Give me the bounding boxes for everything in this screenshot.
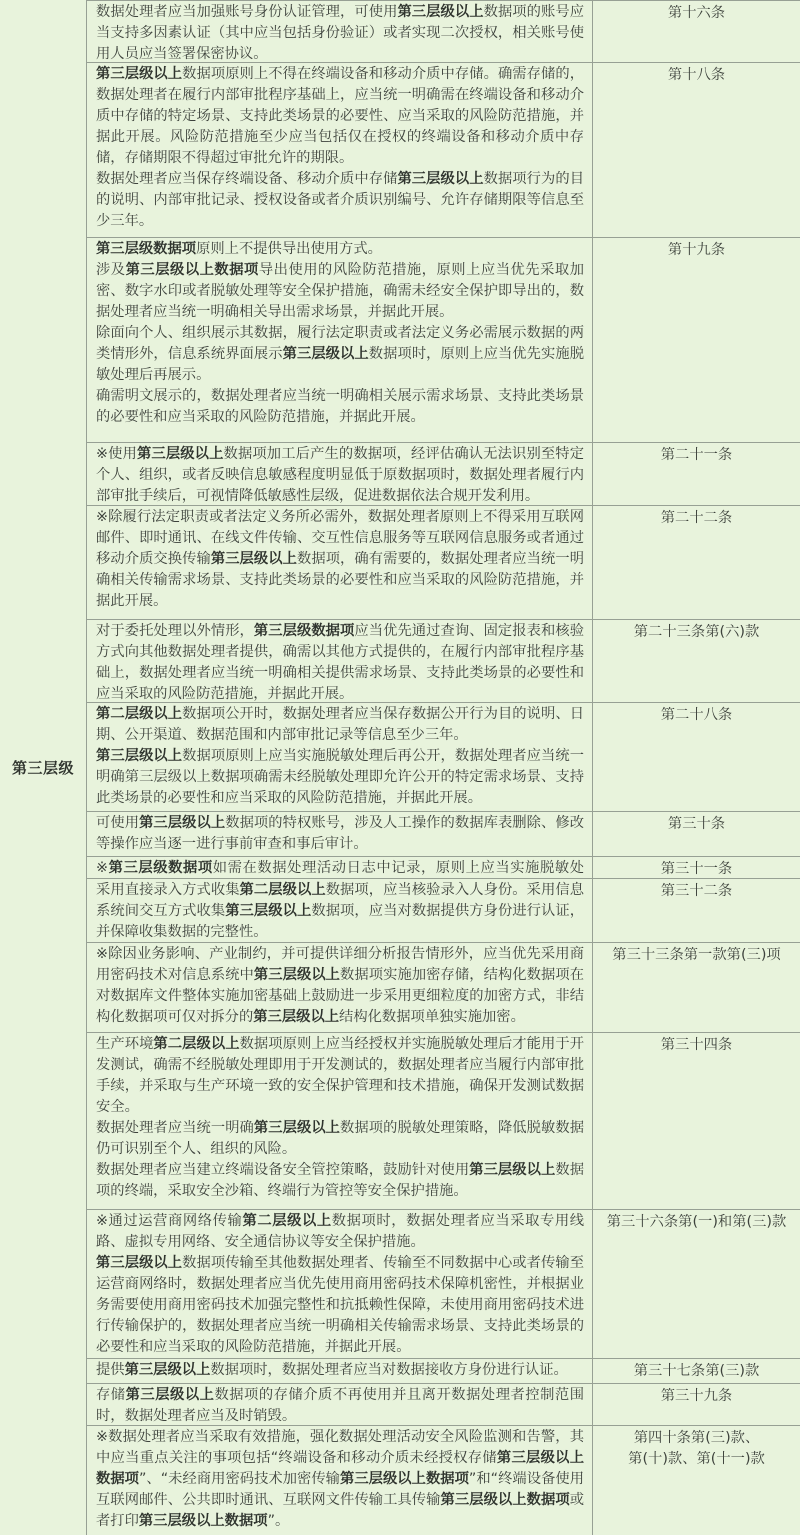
article-ref-cell: 第二十二条 (593, 506, 800, 619)
emphasized-term: 第二层级以上 (240, 882, 326, 898)
table-row: 第二层级以上数据项公开时，数据处理者应当保存数据公开行为目的说明、日期、公开渠道… (87, 703, 800, 812)
emphasized-term: 第三层级以上 (96, 66, 182, 82)
rule-text: 数据处理者应当加强账号身份认证管理，可使用 (96, 4, 397, 20)
rule-paragraph: 数据处理者应当统一明确第三层级以上数据项的脱敏处理策略，降低脱敏数据仍可识别至个… (96, 1118, 584, 1160)
article-ref-cell: 第二十八条 (593, 703, 800, 811)
rule-paragraph: 第三层级以上数据项原则上不得在终端设备和移动介质中存储。确需存储的，数据处理者在… (96, 64, 584, 169)
level-column: 第三层级 (0, 0, 87, 1535)
article-ref-cell: 第二十三条第(六)款 (593, 620, 800, 702)
emphasized-term: 第三层级以上数据项 (126, 262, 259, 278)
rule-text: ”。 (268, 1513, 290, 1529)
rule-paragraph: ※通过运营商网络传输第二层级以上数据项时，数据处理者应当采取专用线路、虚拟专用网… (96, 1211, 584, 1253)
rule-paragraph: 第三层级以上数据项原则上应当实施脱敏处理后再公开，数据处理者应当统一明确第三层级… (96, 746, 584, 809)
rule-text: ”、“未经商用密码技术加密传输 (139, 1471, 340, 1487)
rule-text-cell: 可使用第三层级以上数据项的特权账号，涉及人工操作的数据库表删除、修改等操作应当逐… (87, 812, 593, 856)
rule-paragraph: 除面向个人、组织展示其数据，履行法定职责或者法定义务必需展示数据的两类情形外，信… (96, 323, 584, 386)
table-row: 存储第三层级以上数据项的存储介质不再使用并且离开数据处理者控制范围时，数据处理者… (87, 1384, 800, 1426)
emphasized-term: 第三层级以上数据项 (139, 1513, 268, 1529)
emphasized-term: 第三层级以上 (397, 171, 483, 187)
emphasized-term: 第二层级以上 (96, 706, 182, 722)
emphasized-term: 第三层级以上 (126, 1387, 215, 1403)
rule-text-cell: 对于委托处理以外情形，第三层级数据项应当优先通过查询、固定报表和核验方式向其他数… (87, 620, 593, 702)
article-ref-cell: 第三十六条第(一)和第(三)款 (593, 1210, 800, 1358)
table-row: 采用直接录入方式收集第二层级以上数据项，应当核验录入人身份。采用信息系统间交互方… (87, 879, 800, 943)
rule-text-cell: 存储第三层级以上数据项的存储介质不再使用并且离开数据处理者控制范围时，数据处理者… (87, 1384, 593, 1425)
rule-paragraph: 第三层级以上数据项传输至其他数据处理者、传输至不同数据中心或者传输至运营商网络时… (96, 1253, 584, 1358)
rule-text-cell: ※除履行法定职责或者法定义务所必需外，数据处理者原则上不得采用互联网邮件、即时通… (87, 506, 593, 619)
emphasized-term: 第三层级数据项 (254, 623, 354, 639)
emphasized-term: 第三层级以上 (253, 1009, 339, 1025)
rule-text: ※通过运营商网络传输 (96, 1213, 242, 1229)
rule-text-cell: ※除因业务影响、产业制约，并可提供详细分析报告情形外，应当优先采用商用密码技术对… (87, 943, 593, 1032)
rule-text: ※使用 (96, 446, 137, 462)
emphasized-term: 第三层级以上 (139, 815, 225, 831)
article-ref-cell: 第三十一条 (593, 857, 800, 878)
emphasized-term: 第三层级以上 (469, 1162, 555, 1178)
emphasized-term: 第二层级以上 (242, 1213, 331, 1229)
rule-paragraph: ※除履行法定职责或者法定义务所必需外，数据处理者原则上不得采用互联网邮件、即时通… (96, 507, 584, 612)
table-row: 第三层级以上数据项原则上不得在终端设备和移动介质中存储。确需存储的，数据处理者在… (87, 63, 800, 238)
emphasized-term: 第三层级数据项 (109, 860, 213, 876)
rule-text-cell: 提供第三层级以上数据项时，数据处理者应当对数据接收方身份进行认证。 (87, 1359, 593, 1383)
rule-paragraph: 对于委托处理以外情形，第三层级数据项应当优先通过查询、固定报表和核验方式向其他数… (96, 621, 584, 702)
table-row: 生产环境第二层级以上数据项原则上应当经授权并实施脱敏处理后才能用于开发测试，确需… (87, 1033, 800, 1210)
article-ref-cell: 第三十九条 (593, 1384, 800, 1425)
table-row: 对于委托处理以外情形，第三层级数据项应当优先通过查询、固定报表和核验方式向其他数… (87, 620, 800, 703)
table-row: 数据处理者应当加强账号身份认证管理，可使用第三层级以上数据项的账号应当支持多因素… (87, 1, 800, 63)
rule-text: 原则上不提供导出使用方式。 (196, 241, 382, 257)
table-rows: 数据处理者应当加强账号身份认证管理，可使用第三层级以上数据项的账号应当支持多因素… (87, 0, 800, 1535)
table-row: ※除履行法定职责或者法定义务所必需外，数据处理者原则上不得采用互联网邮件、即时通… (87, 506, 800, 620)
table-row: ※使用第三层级以上数据项加工后产生的数据项，经评估确认无法识别至特定个人、组织，… (87, 443, 800, 506)
emphasized-term: 第三层级以上 (137, 446, 224, 462)
rule-text: 涉及 (96, 262, 126, 278)
rule-paragraph: 提供第三层级以上数据项时，数据处理者应当对数据接收方身份进行认证。 (96, 1360, 584, 1381)
article-ref-cell: 第十八条 (593, 63, 800, 237)
rule-paragraph: ※除因业务影响、产业制约，并可提供详细分析报告情形外，应当优先采用商用密码技术对… (96, 944, 584, 1028)
rule-paragraph: 涉及第三层级以上数据项导出使用的风险防范措施，原则上应当优先采取加密、数字水印或… (96, 260, 584, 323)
rule-paragraph: ※使用第三层级以上数据项加工后产生的数据项，经评估确认无法识别至特定个人、组织，… (96, 444, 584, 505)
data-protection-requirements-table: 第三层级 数据处理者应当加强账号身份认证管理，可使用第三层级以上数据项的账号应当… (0, 0, 800, 1535)
rule-text: 存储 (96, 1387, 126, 1403)
rule-paragraph: 确需明文展示的，数据处理者应当统一明确相关展示需求场景、支持此类场景的必要性和应… (96, 386, 584, 428)
rule-paragraph: 数据处理者应当保存终端设备、移动介质中存储第三层级以上数据项行为的目的说明、内部… (96, 169, 584, 232)
rule-paragraph: 第二层级以上数据项公开时，数据处理者应当保存数据公开行为目的说明、日期、公开渠道… (96, 704, 584, 746)
rule-text: 数据处理者应当建立终端设备安全管控策略，鼓励针对使用 (96, 1162, 469, 1178)
emphasized-term: 第三层级以上 (125, 1362, 211, 1378)
rule-text: 可使用 (96, 815, 139, 831)
rule-paragraph: 生产环境第二层级以上数据项原则上应当经授权并实施脱敏处理后才能用于开发测试，确需… (96, 1034, 584, 1118)
emphasized-term: 第三层级以上数据项 (340, 1471, 469, 1487)
article-ref-cell: 第二十一条 (593, 443, 800, 505)
rule-paragraph: 第三层级数据项原则上不提供导出使用方式。 (96, 239, 584, 260)
rule-text: 生产环境 (96, 1036, 153, 1052)
rule-text: 结构化数据项单独实施加密。 (339, 1009, 525, 1025)
rule-text: 提供 (96, 1362, 125, 1378)
table-row: 第三层级数据项原则上不提供导出使用方式。涉及第三层级以上数据项导出使用的风险防范… (87, 238, 800, 443)
emphasized-term: 第三层级以上 (225, 903, 311, 919)
article-ref-cell: 第十六条 (593, 1, 800, 62)
article-ref-cell: 第三十二条 (593, 879, 800, 942)
article-ref-cell: 第三十四条 (593, 1033, 800, 1209)
rule-text-cell: 第二层级以上数据项公开时，数据处理者应当保存数据公开行为目的说明、日期、公开渠道… (87, 703, 593, 811)
rule-text-cell: 生产环境第二层级以上数据项原则上应当经授权并实施脱敏处理后才能用于开发测试，确需… (87, 1033, 593, 1209)
emphasized-term: 第三层级以上 (254, 967, 340, 983)
article-ref-cell: 第三十三条第一款第(三)项 (593, 943, 800, 1032)
rule-paragraph: 数据处理者应当建立终端设备安全管控策略，鼓励针对使用第三层级以上数据项的终端，采… (96, 1160, 584, 1202)
emphasized-term: 第三层级以上 (96, 748, 182, 764)
rule-paragraph: 采用直接录入方式收集第二层级以上数据项，应当核验录入人身份。采用信息系统间交互方… (96, 880, 584, 942)
table-row: ※数据处理者应当采取有效措施，强化数据处理活动安全风险监测和告警，其中应当重点关… (87, 1426, 800, 1535)
table-row: ※除因业务影响、产业制约，并可提供详细分析报告情形外，应当优先采用商用密码技术对… (87, 943, 800, 1033)
rule-paragraph: 存储第三层级以上数据项的存储介质不再使用并且离开数据处理者控制范围时，数据处理者… (96, 1385, 584, 1425)
rule-text-cell: 采用直接录入方式收集第二层级以上数据项，应当核验录入人身份。采用信息系统间交互方… (87, 879, 593, 942)
article-ref-cell: 第三十条 (593, 812, 800, 856)
emphasized-term: 第三层级以上 (96, 1255, 182, 1271)
rule-paragraph: ※数据处理者应当采取有效措施，强化数据处理活动安全风险监测和告警，其中应当重点关… (96, 1427, 584, 1532)
rule-text: 数据项时，数据处理者应当对数据接收方身份进行认证。 (210, 1362, 567, 1378)
rule-text-cell: 数据处理者应当加强账号身份认证管理，可使用第三层级以上数据项的账号应当支持多因素… (87, 1, 593, 62)
rule-text: 采用直接录入方式收集 (96, 882, 240, 898)
emphasized-term: 第二层级以上 (153, 1036, 239, 1052)
emphasized-term: 第三层级以上 (397, 4, 483, 20)
table-row: 提供第三层级以上数据项时，数据处理者应当对数据接收方身份进行认证。第三十七条第(… (87, 1359, 800, 1384)
rule-paragraph: 数据处理者应当加强账号身份认证管理，可使用第三层级以上数据项的账号应当支持多因素… (96, 2, 584, 62)
rule-text: 确需明文展示的，数据处理者应当统一明确相关展示需求场景、支持此类场景的必要性和应… (96, 388, 584, 425)
rule-text-cell: ※数据处理者应当采取有效措施，强化数据处理活动安全风险监测和告警，其中应当重点关… (87, 1426, 593, 1535)
rule-text-cell: 第三层级数据项原则上不提供导出使用方式。涉及第三层级以上数据项导出使用的风险防范… (87, 238, 593, 442)
rule-text-cell: ※第三层级数据项如需在数据处理活动日志中记录，原则上应当实施脱敏处理。 (87, 857, 593, 878)
rule-text: 数据处理者应当统一明确 (96, 1120, 254, 1136)
rule-text: ※ (96, 860, 109, 876)
rule-text-cell: 第三层级以上数据项原则上不得在终端设备和移动介质中存储。确需存储的，数据处理者在… (87, 63, 593, 237)
article-ref-cell: 第四十条第(三)款、 第(十)款、第(十一)款 (593, 1426, 800, 1535)
rule-text-cell: ※使用第三层级以上数据项加工后产生的数据项，经评估确认无法识别至特定个人、组织，… (87, 443, 593, 505)
rule-text: 数据处理者应当保存终端设备、移动介质中存储 (96, 171, 397, 187)
table-row: ※第三层级数据项如需在数据处理活动日志中记录，原则上应当实施脱敏处理。第三十一条 (87, 857, 800, 879)
emphasized-term: 第三层级数据项 (96, 241, 196, 257)
emphasized-term: 第三层级以上 (211, 551, 297, 567)
emphasized-term: 第三层级以上 (254, 1120, 340, 1136)
rule-text: 对于委托处理以外情形， (96, 623, 254, 639)
emphasized-term: 第三层级以上数据项 (441, 1492, 570, 1508)
level-label: 第三层级 (12, 757, 74, 778)
article-ref-cell: 第十九条 (593, 238, 800, 442)
rule-paragraph: ※第三层级数据项如需在数据处理活动日志中记录，原则上应当实施脱敏处理。 (96, 858, 584, 878)
table-row: 可使用第三层级以上数据项的特权账号，涉及人工操作的数据库表删除、修改等操作应当逐… (87, 812, 800, 857)
table-row: ※通过运营商网络传输第二层级以上数据项时，数据处理者应当采取专用线路、虚拟专用网… (87, 1210, 800, 1359)
rule-text-cell: ※通过运营商网络传输第二层级以上数据项时，数据处理者应当采取专用线路、虚拟专用网… (87, 1210, 593, 1358)
emphasized-term: 第三层级以上 (283, 346, 369, 362)
rule-paragraph: 可使用第三层级以上数据项的特权账号，涉及人工操作的数据库表删除、修改等操作应当逐… (96, 813, 584, 855)
article-ref-cell: 第三十七条第(三)款 (593, 1359, 800, 1383)
